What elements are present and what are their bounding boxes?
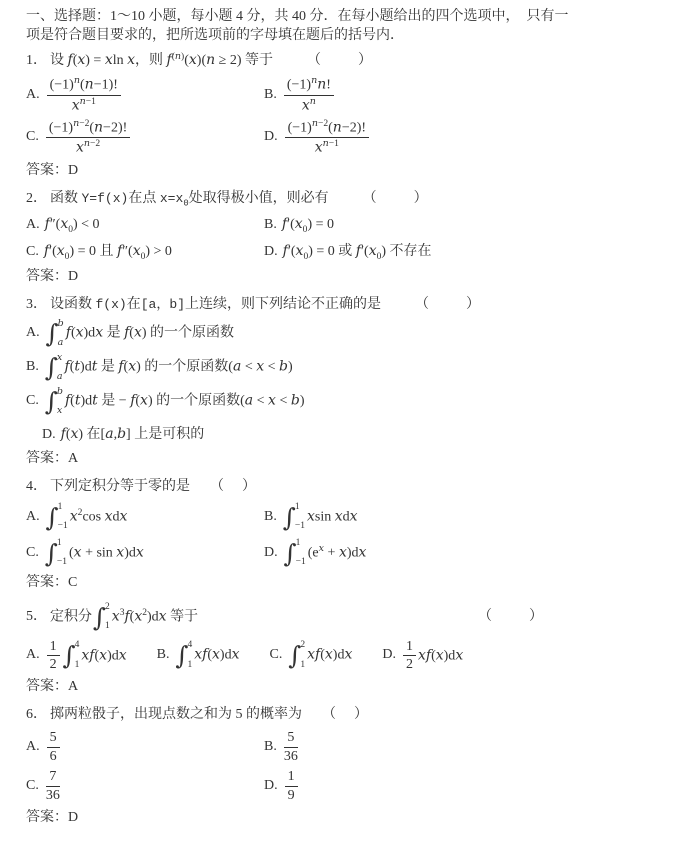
question-6-answer: 答案：D <box>26 809 658 828</box>
question-5-answer-brackets: （ ） <box>478 608 546 627</box>
question-1-option-c: C.(−1)n−2(n−2)!xn−2 <box>26 119 264 157</box>
question-6-option-a: A.56 <box>26 730 264 764</box>
question-5-answer: 答案：A <box>26 678 658 697</box>
question-2-number: 2． <box>26 191 47 206</box>
question-1-answer: 答案：D <box>26 162 658 181</box>
answer-value: D <box>68 163 78 178</box>
question-3-option-b: B.∫xaf(t)dt 是 f(x) 的一个原函数(a < x < b) <box>26 352 658 383</box>
option-label: D. <box>264 777 278 796</box>
option-formula: (−1)n(n−1)!xn−1 <box>45 76 123 114</box>
option-label: B. <box>264 738 277 757</box>
question-4-answer-brackets: （ ） <box>210 479 258 494</box>
question-5-option-a: A.12∫41xf(x)dx <box>26 639 127 673</box>
option-label: A. <box>26 216 40 235</box>
question-5-text: 定积分∫21x3f(x2)dx 等于 <box>50 602 198 633</box>
option-label: A. <box>26 86 40 105</box>
option-label: A. <box>26 646 40 665</box>
question-4: 4．下列定积分等于零的是（ ） A.∫1−1x2cos xdx B.∫1−1xs… <box>26 478 658 593</box>
question-2-text: 函数 Y=f(x)在点 x=x0处取得极小值，则必有 <box>50 191 329 206</box>
question-6-stem: 6．掷两粒骰子，出现点数之和为 5 的概率为（ ） <box>26 706 658 725</box>
option-formula: 19 <box>283 769 300 803</box>
question-3-number: 3． <box>26 297 47 312</box>
option-formula: f′(x0) = 0 或 f′(x0) 不存在 <box>283 242 432 264</box>
question-3: 3．设函数 f(x)在[a，b]上连续，则下列结论不正确的是（ ） A.∫baf… <box>26 296 658 469</box>
option-formula: (−1)n−2(n−2)!xn−2 <box>44 119 132 157</box>
question-2-option-c: C.f′(x0) = 0 且 f″(x0) > 0 <box>26 242 264 264</box>
option-label: C. <box>270 646 283 665</box>
question-1-stem: 1．设 f(x) = xln x，则 f(n)(x)(n ≥ 2) 等于（ ） <box>26 51 658 72</box>
option-formula: (−1)nn!xn <box>282 76 336 114</box>
option-label: D. <box>264 544 278 563</box>
question-3-option-a: A.∫baf(x)dx 是 f(x) 的一个原函数 <box>26 318 658 349</box>
question-6-answer-brackets: （ ） <box>322 707 370 722</box>
option-formula: 12xf(x)dx <box>401 639 463 673</box>
answer-value: A <box>68 451 78 466</box>
option-label: C. <box>26 243 39 262</box>
question-1-answer-brackets: （ ） <box>307 53 375 68</box>
question-6-number: 6． <box>26 707 47 722</box>
answer-prefix: 答案： <box>26 679 68 694</box>
answer-prefix: 答案： <box>26 269 68 284</box>
answer-value: D <box>68 269 78 284</box>
header-line-1: 一、选择题：1～10 小题，每小题 4 分，共 40 分．在每小题给出的四个选项… <box>26 8 658 27</box>
question-2-answer-brackets: （ ） <box>363 191 431 206</box>
question-6-text: 掷两粒骰子，出现点数之和为 5 的概率为 <box>50 707 302 722</box>
option-formula: ∫41xf(x)dx <box>174 640 239 671</box>
answer-prefix: 答案： <box>26 451 68 466</box>
question-4-stem: 4．下列定积分等于零的是（ ） <box>26 478 658 497</box>
question-3-answer: 答案：A <box>26 450 658 469</box>
question-6-option-c: C.736 <box>26 769 264 803</box>
option-label: B. <box>264 86 277 105</box>
question-4-text: 下列定积分等于零的是 <box>50 479 190 494</box>
question-3-option-d: D.f(x) 在[a,b] 上是可积的 <box>42 425 658 445</box>
question-4-option-d: D.∫1−1(ex + x)dx <box>264 538 658 569</box>
option-label: C. <box>26 544 39 563</box>
option-label: A. <box>26 324 40 343</box>
answer-value: A <box>68 679 78 694</box>
option-formula: f′(x0) = 0 <box>282 215 334 237</box>
question-1-option-d: D.(−1)n−2(n−2)!xn−1 <box>264 119 658 157</box>
question-2-option-a: A.f″(x0) < 0 <box>26 215 264 237</box>
question-2: 2．函数 Y=f(x)在点 x=x0处取得极小值，则必有（ ） A.f″(x0)… <box>26 190 658 288</box>
question-2-stem: 2．函数 Y=f(x)在点 x=x0处取得极小值，则必有（ ） <box>26 190 658 211</box>
question-4-option-c: C.∫1−1(x + sin x)dx <box>26 538 264 569</box>
question-1-option-b: B.(−1)nn!xn <box>264 76 658 114</box>
option-formula: 736 <box>44 769 62 803</box>
option-label: B. <box>264 216 277 235</box>
question-3-answer-brackets: （ ） <box>415 297 483 312</box>
question-2-answer: 答案：D <box>26 268 658 287</box>
option-formula: ∫1−1(x + sin x)dx <box>44 538 144 569</box>
option-formula: 56 <box>45 730 62 764</box>
option-formula: 536 <box>282 730 300 764</box>
option-label: D. <box>42 426 56 445</box>
option-formula: ∫21xf(x)dx <box>287 640 352 671</box>
option-formula: ∫xaf(t)dt 是 f(x) 的一个原函数(a < x < b) <box>44 352 293 383</box>
option-formula: ∫baf(x)dx 是 f(x) 的一个原函数 <box>45 318 234 349</box>
option-label: D. <box>382 646 396 665</box>
option-label: D. <box>264 128 278 147</box>
question-2-option-b: B.f′(x0) = 0 <box>264 215 658 237</box>
question-3-stem: 3．设函数 f(x)在[a，b]上连续，则下列结论不正确的是（ ） <box>26 296 658 315</box>
question-1: 1．设 f(x) = xln x，则 f(n)(x)(n ≥ 2) 等于（ ） … <box>26 51 658 181</box>
header-line-2: 项是符合题目要求的，把所选项前的字母填在题后的括号内． <box>26 27 658 46</box>
option-label: A. <box>26 738 40 757</box>
answer-prefix: 答案： <box>26 575 68 590</box>
question-4-option-a: A.∫1−1x2cos xdx <box>26 502 264 533</box>
answer-value: C <box>68 575 77 590</box>
option-label: D. <box>264 243 278 262</box>
question-1-option-a: A.(−1)n(n−1)!xn−1 <box>26 76 264 114</box>
option-label: C. <box>26 392 39 411</box>
option-formula: ∫1−1x2cos xdx <box>45 502 128 533</box>
option-formula: f″(x0) < 0 <box>45 215 100 237</box>
option-label: C. <box>26 777 39 796</box>
question-4-number: 4． <box>26 479 47 494</box>
option-label: B. <box>26 358 39 377</box>
option-label: A. <box>26 508 40 527</box>
question-1-number: 1． <box>26 53 47 68</box>
question-5: 5．定积分∫21x3f(x2)dx 等于（ ） A.12∫41xf(x)dx B… <box>26 602 658 697</box>
answer-prefix: 答案： <box>26 163 68 178</box>
answer-value: D <box>68 810 78 825</box>
option-label: C. <box>26 128 39 147</box>
question-3-text: 设函数 f(x)在[a，b]上连续，则下列结论不正确的是 <box>50 297 381 312</box>
option-formula: f′(x0) = 0 且 f″(x0) > 0 <box>44 242 172 264</box>
question-1-text: 设 f(x) = xln x，则 f(n)(x)(n ≥ 2) 等于 <box>50 53 273 68</box>
option-label: B. <box>157 646 170 665</box>
question-4-answer: 答案：C <box>26 574 658 593</box>
question-2-option-d: D.f′(x0) = 0 或 f′(x0) 不存在 <box>264 242 658 264</box>
question-6-option-d: D.19 <box>264 769 658 803</box>
question-6: 6．掷两粒骰子，出现点数之和为 5 的概率为（ ） A.56 B.536 C.7… <box>26 706 658 827</box>
exam-page: 一、选择题：1～10 小题，每小题 4 分，共 40 分．在每小题给出的四个选项… <box>0 0 676 844</box>
question-5-option-b: B.∫41xf(x)dx <box>157 640 240 671</box>
question-3-option-c: C.∫bxf(t)dt 是 − f(x) 的一个原函数(a < x < b) <box>26 386 658 417</box>
option-formula: (−1)n−2(n−2)!xn−1 <box>283 119 371 157</box>
answer-prefix: 答案： <box>26 810 68 825</box>
question-5-option-c: C.∫21xf(x)dx <box>270 640 353 671</box>
section-header: 一、选择题：1～10 小题，每小题 4 分，共 40 分．在每小题给出的四个选项… <box>26 8 658 46</box>
option-formula: 12∫41xf(x)dx <box>45 639 127 673</box>
question-4-option-b: B.∫1−1xsin xdx <box>264 502 658 533</box>
question-5-stem: 5．定积分∫21x3f(x2)dx 等于（ ） <box>26 602 658 633</box>
question-6-option-b: B.536 <box>264 730 658 764</box>
option-formula: ∫bxf(t)dt 是 − f(x) 的一个原函数(a < x < b) <box>44 386 305 417</box>
question-5-number: 5． <box>26 608 47 627</box>
question-5-option-d: D.12xf(x)dx <box>382 639 463 673</box>
option-label: B. <box>264 508 277 527</box>
option-formula: f(x) 在[a,b] 上是可积的 <box>61 425 205 445</box>
option-formula: ∫1−1xsin xdx <box>282 502 358 533</box>
option-formula: ∫1−1(ex + x)dx <box>283 538 367 569</box>
